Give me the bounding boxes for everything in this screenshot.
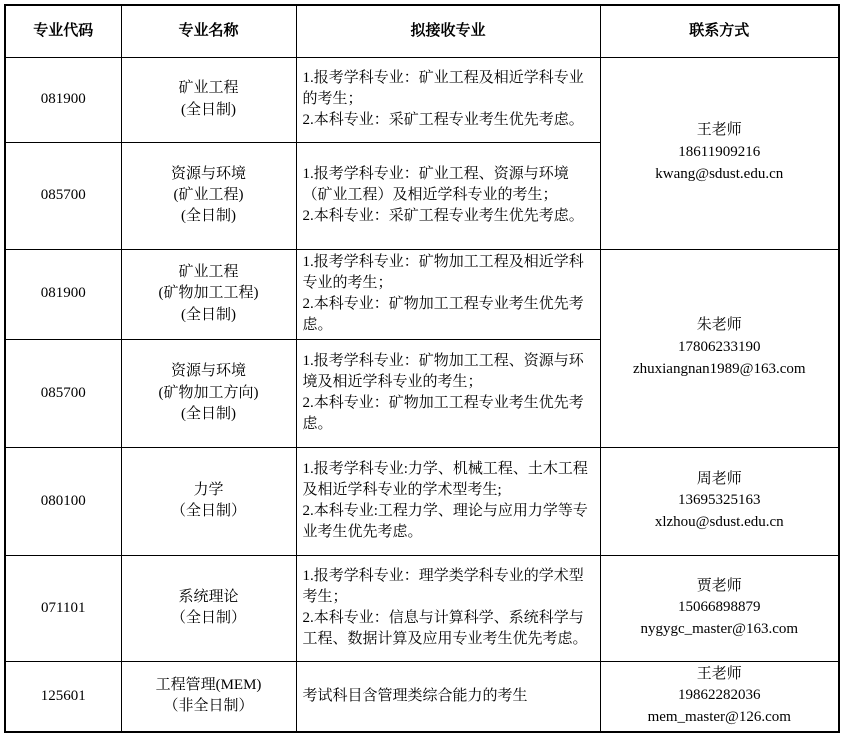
major-code: 085700	[5, 142, 121, 249]
major-code: 081900	[5, 249, 121, 339]
contact-phone: 17806233190	[605, 337, 835, 359]
admissions-table-page: 专业代码 专业名称 拟接收专业 联系方式 081900 矿业工程 (全日制) 1…	[0, 0, 842, 730]
contact-phone: 18611909216	[605, 142, 835, 164]
accepted-majors-text: 1.报考学科专业：矿业工程及相近学科专业的考生； 2.本科专业：采矿工程专业考生…	[296, 57, 600, 142]
table-row: 081900 矿业工程 (矿物加工工程) (全日制) 1.报考学科专业：矿物加工…	[5, 249, 839, 339]
contact-cell: 王老师 18611909216 kwang@sdust.edu.cn	[600, 57, 839, 249]
contact-email: nygygc_master@163.com	[605, 619, 835, 641]
major-code: 085700	[5, 339, 121, 447]
table-row: 081900 矿业工程 (全日制) 1.报考学科专业：矿业工程及相近学科专业的考…	[5, 57, 839, 142]
contact-phone: 19862282036	[605, 685, 835, 707]
header-row: 专业代码 专业名称 拟接收专业 联系方式	[5, 5, 839, 57]
contact-email: mem_master@126.com	[605, 707, 835, 729]
table-row: 080100 力学 （全日制） 1.报考学科专业:力学、机械工程、土木工程及相近…	[5, 447, 839, 555]
contact-email: zhuxiangnan1989@163.com	[605, 359, 835, 381]
contact-phone: 13695325163	[605, 490, 835, 512]
col-header-contact: 联系方式	[600, 5, 839, 57]
accepted-majors-text: 1.报考学科专业：矿物加工工程及相近学科专业的考生； 2.本科专业：矿物加工工程…	[296, 249, 600, 339]
contact-email: kwang@sdust.edu.cn	[605, 164, 835, 186]
major-name: 资源与环境 (矿物加工方向) (全日制)	[121, 339, 296, 447]
major-name: 资源与环境 (矿业工程) (全日制)	[121, 142, 296, 249]
major-code: 125601	[5, 661, 121, 732]
major-name: 力学 （全日制）	[121, 447, 296, 555]
major-name: 工程管理(MEM) （非全日制）	[121, 661, 296, 732]
accepted-majors-text: 1.报考学科专业：理学类学科专业的学术型考生； 2.本科专业：信息与计算科学、系…	[296, 555, 600, 661]
accepted-majors-text: 1.报考学科专业：矿物加工工程、资源与环境及相近学科专业的考生； 2.本科专业：…	[296, 339, 600, 447]
table-row: 071101 系统理论 （全日制） 1.报考学科专业：理学类学科专业的学术型考生…	[5, 555, 839, 661]
contact-cell: 王老师 19862282036 mem_master@126.com	[600, 661, 839, 732]
accepted-majors-text: 考试科目含管理类综合能力的考生	[296, 661, 600, 732]
major-contact-table: 专业代码 专业名称 拟接收专业 联系方式 081900 矿业工程 (全日制) 1…	[4, 4, 840, 733]
contact-cell: 贾老师 15066898879 nygygc_master@163.com	[600, 555, 839, 661]
col-header-major-code: 专业代码	[5, 5, 121, 57]
contact-email: xlzhou@sdust.edu.cn	[605, 512, 835, 534]
major-name: 系统理论 （全日制）	[121, 555, 296, 661]
accepted-majors-text: 1.报考学科专业:力学、机械工程、土木工程及相近学科专业的学术型考生; 2.本科…	[296, 447, 600, 555]
col-header-accepted-majors: 拟接收专业	[296, 5, 600, 57]
contact-person: 周老师	[605, 469, 835, 491]
major-code: 080100	[5, 447, 121, 555]
major-name: 矿业工程 (全日制)	[121, 57, 296, 142]
major-code: 071101	[5, 555, 121, 661]
major-code: 081900	[5, 57, 121, 142]
contact-cell: 周老师 13695325163 xlzhou@sdust.edu.cn	[600, 447, 839, 555]
contact-phone: 15066898879	[605, 597, 835, 619]
contact-person: 王老师	[605, 664, 835, 686]
major-name: 矿业工程 (矿物加工工程) (全日制)	[121, 249, 296, 339]
contact-person: 贾老师	[605, 576, 835, 598]
table-row: 125601 工程管理(MEM) （非全日制） 考试科目含管理类综合能力的考生 …	[5, 661, 839, 732]
contact-cell: 朱老师 17806233190 zhuxiangnan1989@163.com	[600, 249, 839, 447]
accepted-majors-text: 1.报考学科专业：矿业工程、资源与环境（矿业工程）及相近学科专业的考生； 2.本…	[296, 142, 600, 249]
contact-person: 王老师	[605, 120, 835, 142]
contact-person: 朱老师	[605, 315, 835, 337]
col-header-major-name: 专业名称	[121, 5, 296, 57]
